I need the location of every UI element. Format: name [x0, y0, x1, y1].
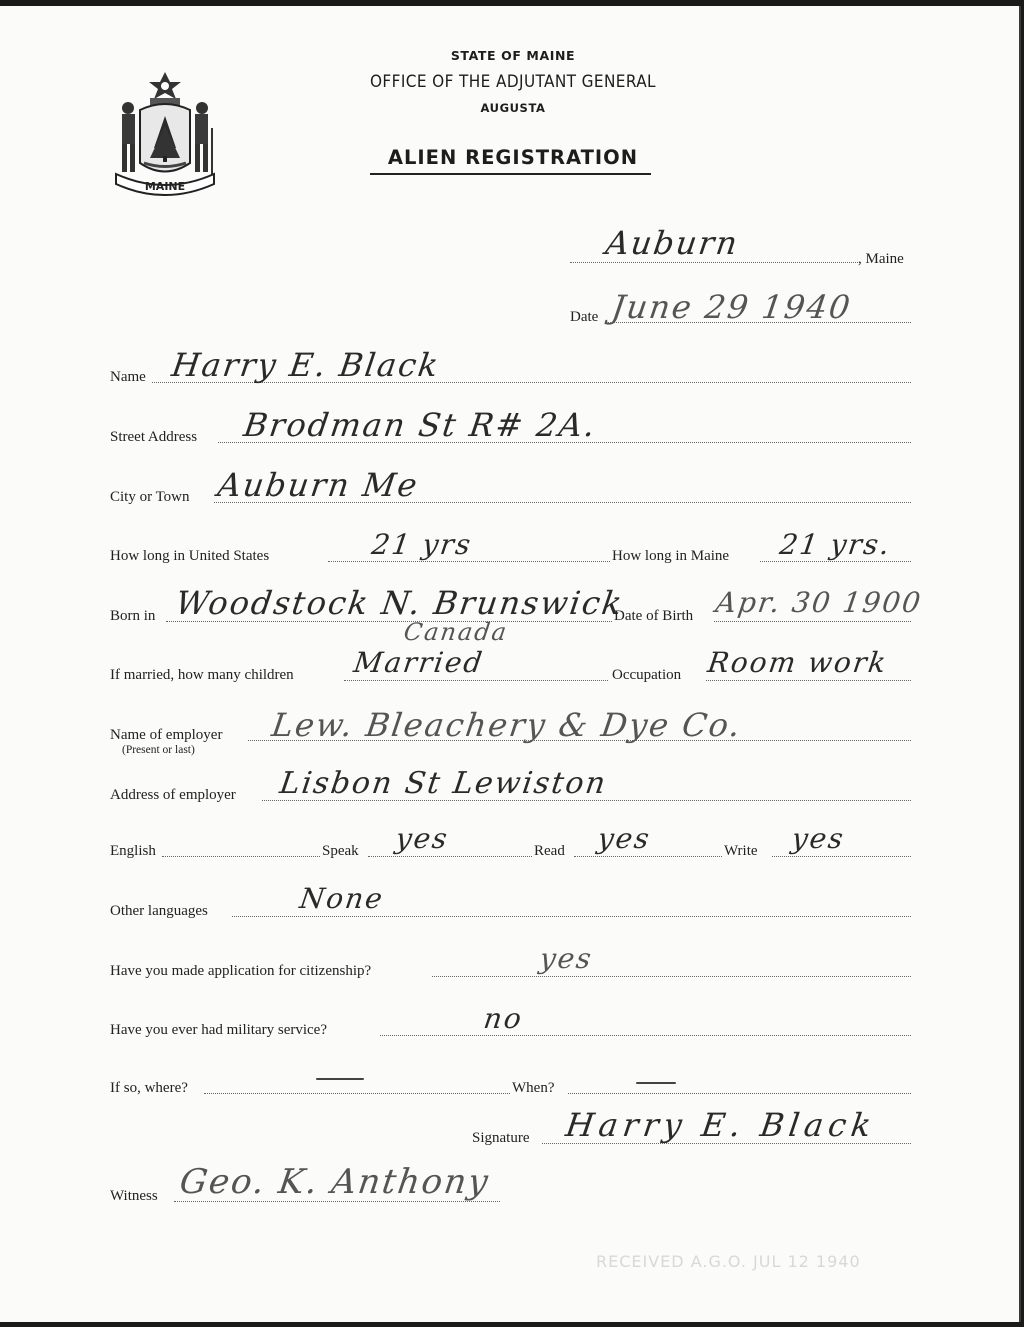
- children-value[interactable]: Married: [352, 646, 486, 679]
- registration-form-page: MAINE STATE OF MAINE OFFICE OF THE ADJUT…: [0, 6, 1021, 1322]
- place-value[interactable]: Auburn: [603, 224, 741, 262]
- employer-value[interactable]: Lew. Bleachery & Dye Co.: [269, 706, 744, 744]
- name-label: Name: [110, 369, 146, 386]
- place-dots: [570, 262, 858, 263]
- employer-sublabel: (Present or last): [122, 744, 195, 756]
- born-in-country[interactable]: Canada: [402, 618, 510, 646]
- when-dots: [568, 1093, 911, 1094]
- dob-label: Date of Birth: [614, 608, 693, 625]
- children-label: If married, how many children: [110, 667, 294, 684]
- children-dots: [344, 680, 608, 681]
- city-label: City or Town: [110, 489, 190, 506]
- office-heading: OFFICE OF THE ADJUTANT GENERAL: [300, 72, 726, 92]
- form-title: ALIEN REGISTRATION: [300, 146, 726, 169]
- where-value[interactable]: [316, 1078, 364, 1080]
- read-dots: [574, 856, 722, 857]
- how-long-us-dots: [328, 561, 610, 562]
- employer-label: Name of employer: [110, 727, 222, 744]
- read-value[interactable]: yes: [596, 822, 653, 855]
- write-dots: [772, 856, 911, 857]
- signature-value[interactable]: Harry E. Black: [563, 1106, 878, 1144]
- when-label: When?: [512, 1080, 554, 1097]
- occupation-value[interactable]: Room work: [706, 646, 890, 679]
- military-dots: [380, 1035, 911, 1036]
- other-languages-value[interactable]: None: [298, 882, 387, 915]
- born-in-label: Born in: [110, 608, 155, 625]
- how-long-maine-dots: [760, 561, 911, 562]
- date-value[interactable]: June 29 1940: [609, 288, 854, 326]
- dob-dots: [714, 621, 911, 622]
- name-value[interactable]: Harry E. Black: [169, 346, 442, 384]
- where-dots: [204, 1093, 510, 1094]
- citizenship-dots: [432, 976, 911, 977]
- occupation-dots: [706, 680, 911, 681]
- how-long-maine-label: How long in Maine: [612, 548, 729, 565]
- write-value[interactable]: yes: [790, 822, 847, 855]
- title-underline: [370, 173, 651, 175]
- english-label: English: [110, 843, 156, 860]
- other-languages-dots: [232, 916, 911, 917]
- employer-address-value[interactable]: Lisbon St Lewiston: [278, 766, 610, 801]
- born-in-value[interactable]: Woodstock N. Brunswick: [173, 584, 626, 622]
- received-stamp: RECEIVED A.G.O. JUL 12 1940: [596, 1252, 861, 1271]
- svg-text:MAINE: MAINE: [145, 180, 185, 193]
- witness-value[interactable]: Geo. K. Anthony: [177, 1162, 492, 1202]
- maine-state-seal-icon: MAINE: [110, 68, 220, 196]
- street-label: Street Address: [110, 429, 197, 446]
- date-label: Date: [570, 309, 598, 326]
- citizenship-value[interactable]: yes: [538, 942, 595, 975]
- place-suffix: , Maine: [858, 251, 904, 268]
- when-value[interactable]: [636, 1082, 676, 1084]
- street-value[interactable]: Brodman St R# 2A.: [241, 406, 599, 444]
- signature-label: Signature: [472, 1130, 530, 1147]
- english-dots: [162, 856, 320, 857]
- other-languages-label: Other languages: [110, 903, 208, 920]
- speak-label: Speak: [322, 843, 359, 860]
- citizenship-label: Have you made application for citizenshi…: [110, 963, 371, 980]
- how-long-maine-value[interactable]: 21 yrs.: [778, 528, 894, 561]
- city-heading: AUGUSTA: [300, 101, 726, 115]
- how-long-us-label: How long in United States: [110, 548, 269, 565]
- military-value[interactable]: no: [482, 1002, 526, 1035]
- how-long-us-value[interactable]: 21 yrs: [370, 528, 475, 561]
- military-label: Have you ever had military service?: [110, 1022, 327, 1039]
- speak-dots: [368, 856, 532, 857]
- city-value[interactable]: Auburn Me: [215, 466, 421, 504]
- witness-label: Witness: [110, 1188, 158, 1205]
- employer-address-label: Address of employer: [110, 787, 236, 804]
- dob-value[interactable]: Apr. 30 1900: [714, 586, 925, 619]
- state-heading: STATE OF MAINE: [300, 48, 726, 63]
- where-label: If so, where?: [110, 1080, 188, 1097]
- occupation-label: Occupation: [612, 667, 681, 684]
- speak-value[interactable]: yes: [394, 822, 451, 855]
- write-label: Write: [724, 843, 758, 860]
- read-label: Read: [534, 843, 565, 860]
